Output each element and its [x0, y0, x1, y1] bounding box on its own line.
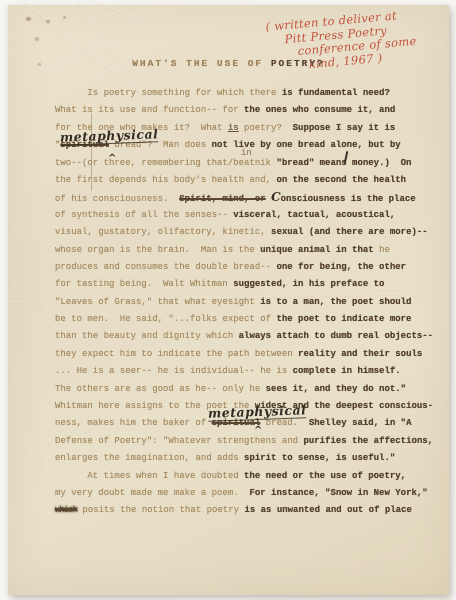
manuscript-page: ( written to deliver at Pitt Press Poetr…: [8, 5, 449, 595]
paper-stain: [46, 20, 50, 23]
document-title-faded: WHAT'S THE USE OF: [132, 58, 271, 69]
typed-line: they expect him to indicate the path bet…: [55, 346, 447, 363]
paper-crease: [45, 0, 210, 54]
typed-line: produces and consumes the double bread--…: [55, 259, 447, 276]
document-title-bold: POETRY?: [271, 58, 325, 69]
typed-line: which posits the notion that poetry is a…: [55, 502, 447, 519]
typed-line: of synthesis of all the senses-- viscera…: [55, 207, 447, 224]
caret-mark: ^: [254, 425, 262, 436]
typed-line: of his consciousness. Spirit, mind, or C…: [55, 189, 447, 206]
typed-line: my very doubt made me make a poem. For i…: [55, 485, 447, 502]
typed-line: whose organ is the brain. Man is the uni…: [55, 242, 447, 259]
typed-line: for tasting being. Walt Whitman suggeste…: [55, 276, 447, 293]
typed-line: than the beauty and dignity which always…: [55, 328, 447, 345]
typed-line: the first depends his body's health and,…: [55, 172, 447, 189]
typed-line: ... He is a seer-- he is individual-- he…: [55, 363, 447, 380]
typed-line: be to men. He said, "...folks expect of …: [55, 311, 447, 328]
paper-stain: [26, 17, 31, 21]
typed-line: Defense of Poetry": "Whatever strengthen…: [55, 433, 447, 450]
typed-line: "Leaves of Grass," that what eyesight is…: [55, 294, 447, 311]
document-title: WHAT'S THE USE OF POETRY?: [8, 58, 449, 69]
caret-mark: ^: [108, 153, 116, 164]
typed-line: At times when I have doubted the need or…: [55, 468, 447, 485]
typed-line: visual, gustatory, olifactory, kinetic, …: [55, 224, 447, 241]
typed-line: What is its use and function-- for the o…: [55, 102, 447, 119]
typed-line: The others are as good as he-- only he s…: [55, 381, 447, 398]
typed-line: Is poetry something for which there is f…: [55, 85, 447, 102]
paper-stain: [35, 37, 39, 41]
paper-stain: [63, 16, 66, 19]
typed-insert-in: in: [241, 148, 252, 158]
typed-line: enlarges the imagination, and adds spiri…: [55, 450, 447, 467]
